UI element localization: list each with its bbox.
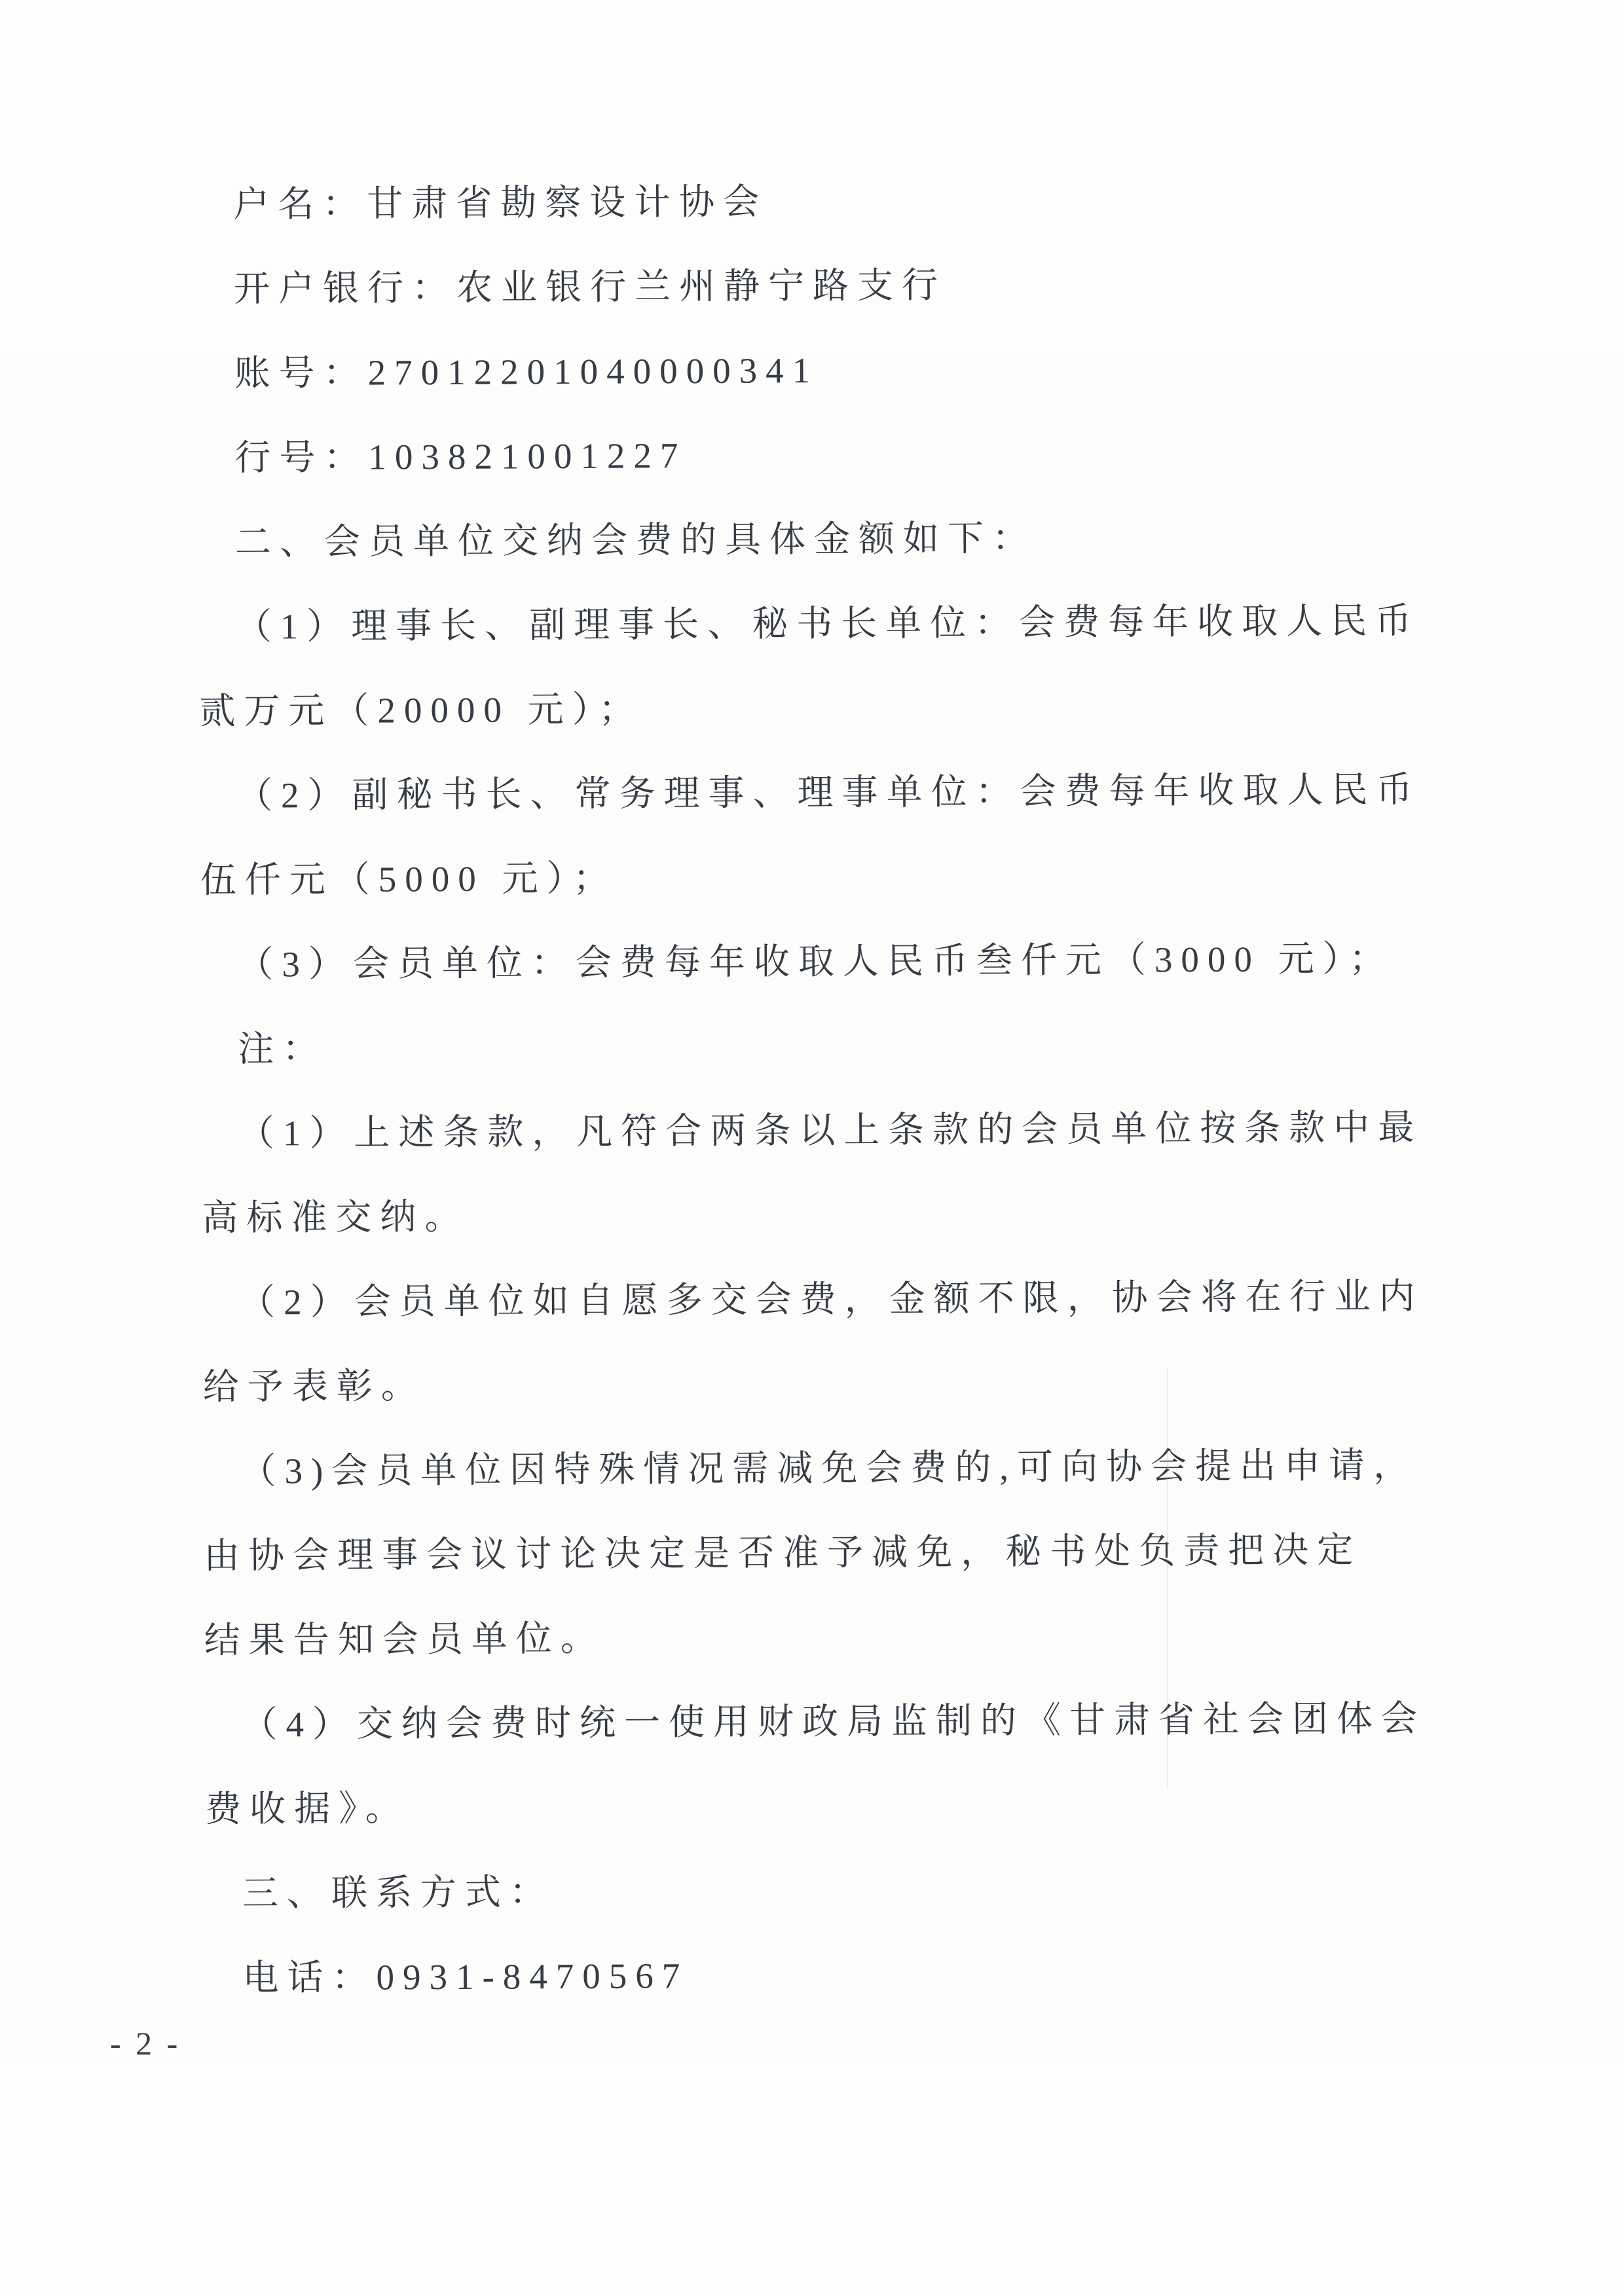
text-line: 给予表彰。	[202, 1338, 1447, 1429]
text-line: 伍仟元（5000 元）；	[200, 831, 1445, 922]
text-line: （3)会员单位因特殊情况需减免会费的,可向协会提出申请，	[203, 1423, 1448, 1514]
text-line: （3）会员单位：会费每年收取人民币叁仟元（3000 元）；	[200, 916, 1445, 1007]
scanned-document-page: 户名：甘肃省勘察设计协会 开户银行：农业银行兰州静宁路支行 账号：2701220…	[0, 0, 1624, 2296]
text-line: 注：	[201, 1000, 1446, 1091]
text-line: （2）副秘书长、常务理事、理事单位：会费每年收取人民币	[200, 747, 1445, 838]
text-line: （4）交纳会费时统一使用财政局监制的《甘肃省社会团体会	[204, 1676, 1449, 1767]
page-number: - 2 -	[110, 2024, 181, 2062]
text-line: 户名：甘肃省勘察设计协会	[196, 156, 1441, 247]
text-line: 电话：0931-8470567	[206, 1929, 1450, 2020]
scan-artifact-line	[1167, 1368, 1168, 1787]
text-line: 结果告知会员单位。	[204, 1592, 1449, 1683]
text-line: 由协会理事会议讨论决定是否准予减免，秘书处负责把决定	[204, 1507, 1449, 1598]
text-line: 账号：27012201040000341	[197, 325, 1442, 416]
text-line: （1）上述条款，凡符合两条以上条款的会员单位按条款中最	[201, 1085, 1446, 1176]
text-line: 贰万元（20000 元）；	[199, 663, 1444, 754]
text-line: 三、联系方式：	[206, 1845, 1450, 1936]
text-line: 高标准交纳。	[202, 1169, 1447, 1260]
text-line: 费收据》。	[205, 1760, 1450, 1851]
text-line: 行号：103821001227	[198, 409, 1443, 500]
text-line: 开户银行：农业银行兰州静宁路支行	[197, 240, 1442, 331]
document-body: 户名：甘肃省勘察设计协会 开户银行：农业银行兰州静宁路支行 账号：2701220…	[196, 156, 1450, 2020]
text-line: （1）理事长、副理事长、秘书长单位：会费每年收取人民币	[198, 578, 1443, 669]
text-line: （2）会员单位如自愿多交会费，金额不限，协会将在行业内	[202, 1254, 1447, 1345]
text-line: 二、会员单位交纳会费的具体金额如下：	[198, 494, 1443, 585]
